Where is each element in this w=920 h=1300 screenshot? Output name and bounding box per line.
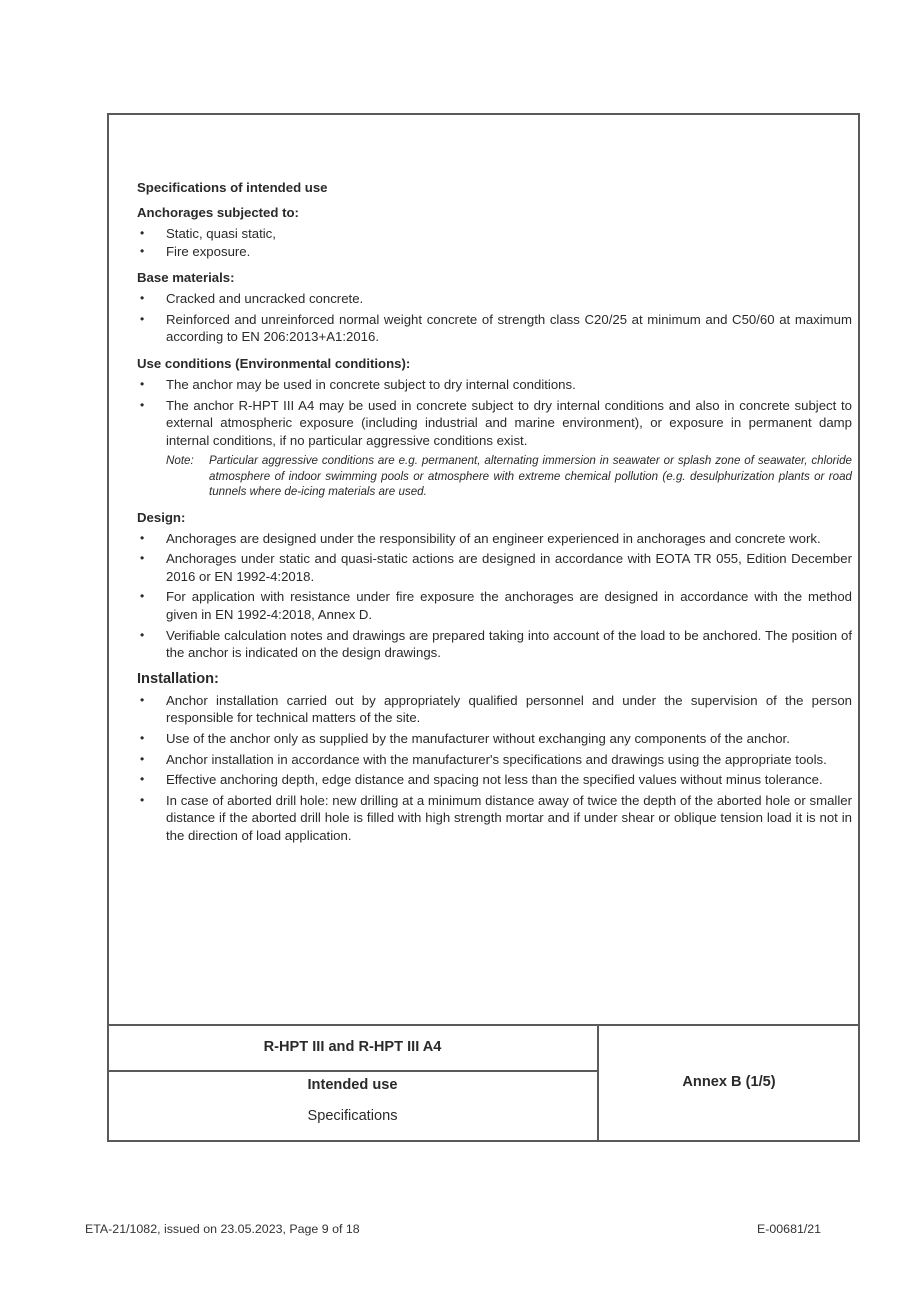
bullet-icon: • [140,692,144,710]
section-heading-use-conditions: Use conditions (Environmental conditions… [137,355,852,372]
list-item: •Use of the anchor only as supplied by t… [137,730,852,748]
list-base-materials: •Cracked and uncracked concrete. •Reinfo… [137,290,852,346]
section-heading-base-materials: Base materials: [137,269,852,286]
subject-heading: Intended use [107,1077,598,1093]
list-installation: •Anchor installation carried out by appr… [137,692,852,845]
bullet-icon: • [140,771,144,789]
title-block: R-HPT III and R-HPT III A4 Intended use … [107,1024,860,1142]
bullet-icon: • [140,550,144,568]
page-footer-left: ETA-21/1082, issued on 23.05.2023, Page … [85,1222,360,1236]
document-body: Specifications of intended use Anchorage… [137,179,852,853]
subject-subtitle: Specifications [107,1108,598,1124]
list-item: •For application with resistance under f… [137,588,852,623]
section-heading-design: Design: [137,509,852,526]
list-item: •Cracked and uncracked concrete. [137,290,852,308]
list-item: •Verifiable calculation notes and drawin… [137,627,852,662]
annex-label: Annex B (1/5) [598,1074,860,1090]
bullet-icon: • [140,397,144,415]
list-item: •In case of aborted drill hole: new dril… [137,792,852,845]
bullet-icon: • [140,376,144,394]
title-block-top-divider [107,1024,860,1026]
list-item: •The anchor R-HPT III A4 may be used in … [137,397,852,500]
list-use-conditions: •The anchor may be used in concrete subj… [137,376,852,500]
list-item: •Anchor installation in accordance with … [137,751,852,769]
bullet-icon: • [140,792,144,810]
list-item: •Static, quasi static, [137,225,852,243]
note: Note: Particular aggressive conditions a… [166,453,852,499]
list-item: •The anchor may be used in concrete subj… [137,376,852,394]
list-design: •Anchorages are designed under the respo… [137,530,852,662]
bullet-icon: • [140,588,144,606]
section-heading-installation: Installation: [137,671,852,688]
bullet-icon: • [140,627,144,645]
bullet-icon: • [140,290,144,308]
list-item: •Reinforced and unreinforced normal weig… [137,311,852,346]
list-item: •Fire exposure. [137,243,852,261]
list-item: •Anchorages under static and quasi-stati… [137,550,852,585]
note-text: Particular aggressive conditions are e.g… [209,453,852,499]
bullet-icon: • [140,751,144,769]
bullet-icon: • [140,243,144,261]
list-item: •Effective anchoring depth, edge distanc… [137,771,852,789]
bullet-icon: • [140,311,144,329]
list-anchorages: •Static, quasi static, •Fire exposure. [137,225,852,260]
page-title: Specifications of intended use [137,179,852,196]
title-block-row-divider [107,1070,598,1072]
note-label: Note: [166,453,209,499]
list-item: •Anchorages are designed under the respo… [137,530,852,548]
section-heading-anchorages: Anchorages subjected to: [137,204,852,221]
page-footer-right: E-00681/21 [757,1222,821,1236]
bullet-icon: • [140,225,144,243]
list-item: •Anchor installation carried out by appr… [137,692,852,727]
product-name: R-HPT III and R-HPT III A4 [107,1039,598,1055]
bullet-icon: • [140,730,144,748]
bullet-icon: • [140,530,144,548]
